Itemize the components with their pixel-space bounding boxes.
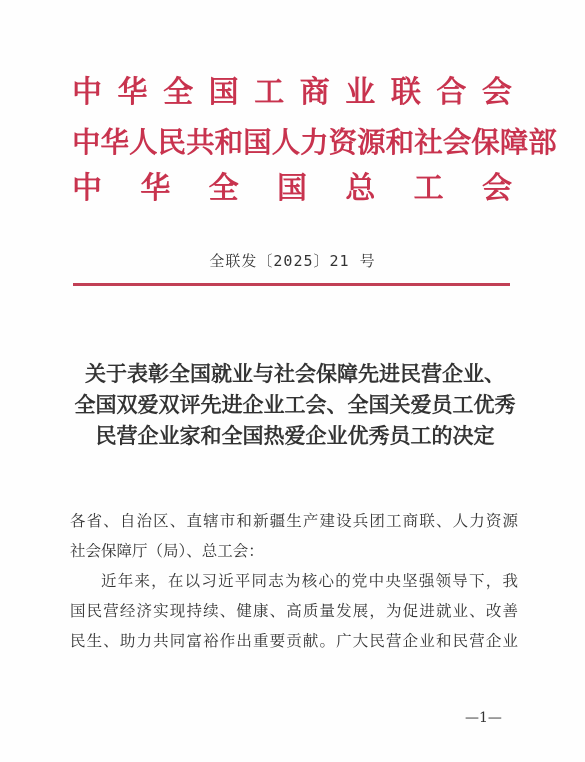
header-char: 合 <box>436 76 466 110</box>
header-char: 中 <box>72 126 101 160</box>
header-char: 会 <box>482 76 512 110</box>
title-line: 关于表彰全国就业与社会保障先进民营企业、 <box>60 358 530 389</box>
page-number: —1— <box>465 710 502 726</box>
paragraph-line: 近年来，在以习近平同志为核心的党中央坚强领导下，我 <box>70 566 518 596</box>
header-char: 民 <box>158 126 187 160</box>
header-char: 工 <box>254 76 284 110</box>
header-char: 工 <box>414 172 444 206</box>
header-char: 商 <box>300 76 330 110</box>
paragraph-line: 民生、助力共同富裕作出重要贡献。广大民营企业和民营企业 <box>70 626 518 656</box>
document-title: 关于表彰全国就业与社会保障先进民营企业、 全国双爱双评先进企业工会、全国关爱员工… <box>60 358 530 451</box>
title-line: 民营企业家和全国热爱企业优秀员工的决定 <box>60 420 530 451</box>
addressee-line: 各省、自治区、直辖市和新疆生产建设兵团工商联、人力资源 <box>70 506 518 536</box>
header-char: 共 <box>186 126 215 160</box>
header-char: 社 <box>414 126 443 160</box>
header-char: 中 <box>72 76 102 110</box>
header-char: 源 <box>357 126 386 160</box>
header-char: 总 <box>345 172 375 206</box>
header-char: 华 <box>101 126 130 160</box>
header-char: 会 <box>443 126 472 160</box>
body-paragraph: 近年来，在以习近平同志为核心的党中央坚强领导下，我 国民营经济实现持续、健康、高… <box>70 566 518 656</box>
title-line: 全国双爱双评先进企业工会、全国关爱员工优秀 <box>60 389 530 420</box>
header-char: 全 <box>163 76 193 110</box>
header-char: 国 <box>277 172 307 206</box>
header-char: 国 <box>243 126 272 160</box>
issuer-line-acftu: 中 华 全 国 总 工 会 <box>72 172 512 206</box>
header-char: 部 <box>528 126 557 160</box>
header-char: 全 <box>209 172 239 206</box>
red-divider-rule <box>73 283 510 286</box>
header-char: 联 <box>391 76 421 110</box>
header-char: 国 <box>209 76 239 110</box>
header-char: 资 <box>329 126 358 160</box>
header-char: 保 <box>471 126 500 160</box>
paragraph-line: 国民营经济实现持续、健康、高质量发展，为促进就业、改善 <box>70 596 518 626</box>
addressee-block: 各省、自治区、直辖市和新疆生产建设兵团工商联、人力资源 社会保障厅（局）、总工会… <box>70 506 518 566</box>
issuer-line-mohrss: 中 华 人 民 共 和 国 人 力 资 源 和 社 会 保 障 部 <box>72 126 512 160</box>
header-char: 障 <box>500 126 529 160</box>
header-char: 华 <box>140 172 170 206</box>
issuer-line-acfic: 中 华 全 国 工 商 业 联 合 会 <box>72 76 512 110</box>
header-char: 会 <box>482 172 512 206</box>
addressee-line: 社会保障厅（局）、总工会： <box>70 536 518 566</box>
document-number: 全联发〔2025〕21 号 <box>0 250 585 271</box>
header-char: 和 <box>215 126 244 160</box>
header-char: 力 <box>300 126 329 160</box>
header-char: 和 <box>386 126 415 160</box>
header-char: 中 <box>72 172 102 206</box>
header-char: 人 <box>129 126 158 160</box>
header-char: 业 <box>345 76 375 110</box>
header-char: 人 <box>272 126 301 160</box>
header-char: 华 <box>118 76 148 110</box>
